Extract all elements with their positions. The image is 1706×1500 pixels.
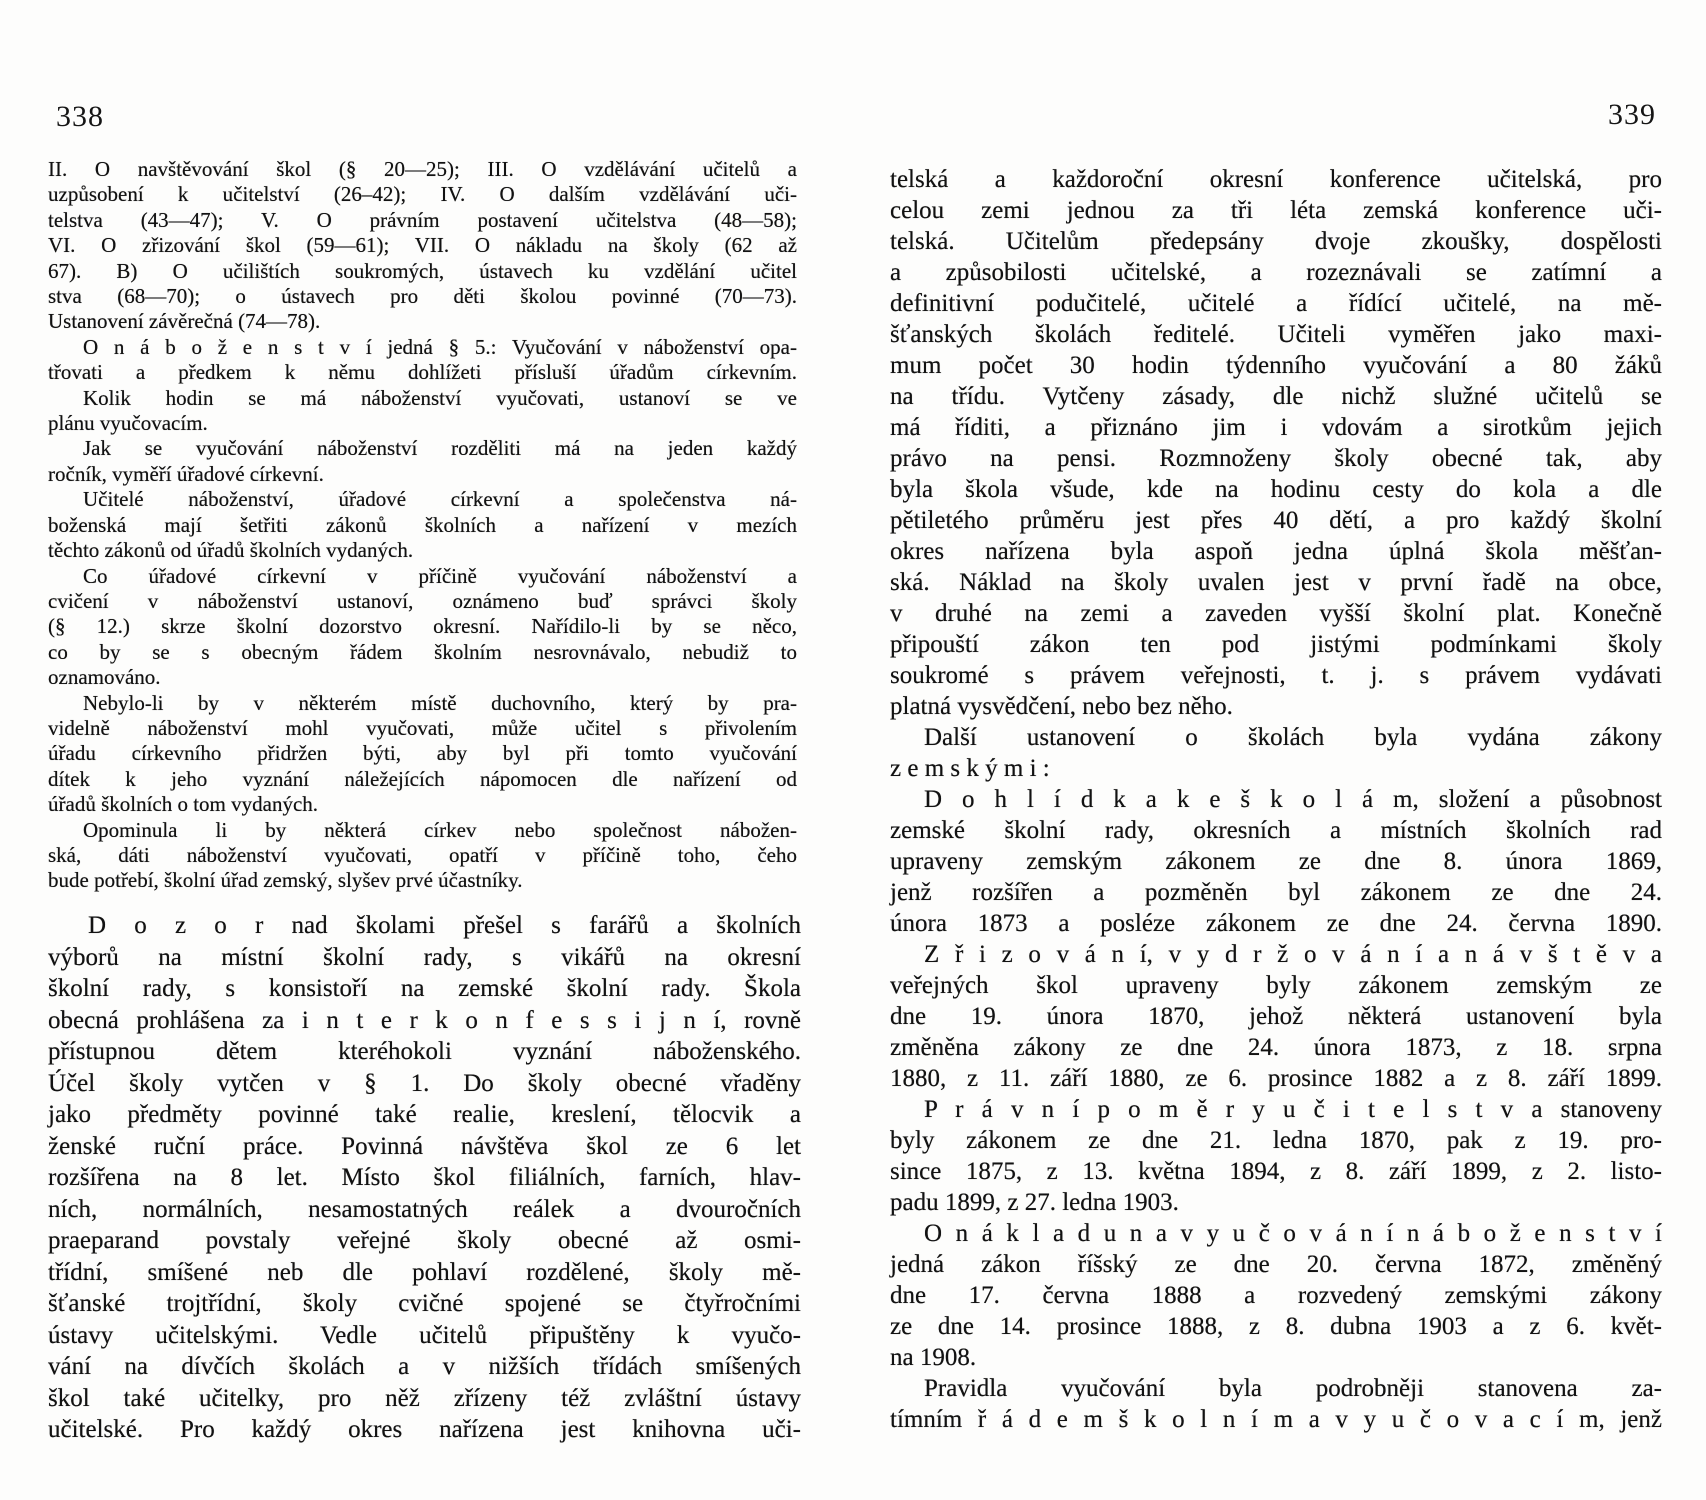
text-line: 1880, z 11. září 1880, ze 6. prosince 18…: [890, 1063, 1662, 1094]
text-line: změněna zákony ze dne 24. února 1873, z …: [890, 1032, 1662, 1063]
text-line: boženská mají šetřiti zákonů školních a …: [48, 513, 797, 538]
text-line: na třídu. Vytčeny zásady, dle nichž služ…: [890, 381, 1662, 412]
text-line: D o h l í d k a k e š k o l á m, složení…: [890, 784, 1662, 815]
text-line: bude potřebí, školní úřad zemský, slyšev…: [48, 868, 797, 893]
text-line: Opominula li by některá církev nebo spol…: [48, 818, 797, 843]
text-line: pětiletého průměru jest přes 40 dětí, a …: [890, 505, 1662, 536]
text-line: úřadů školních o tom vydaných.: [48, 792, 797, 817]
right-page-number: 339: [1608, 98, 1656, 132]
text-line: plánu vyučovacím.: [48, 411, 797, 436]
text-line: Ustanovení závěrečná (74—78).: [48, 309, 797, 334]
text-line: učitelské. Pro každý okres nařízena jest…: [48, 1414, 801, 1446]
right-page-body-text-block: telská a každoroční okresní konference u…: [890, 164, 1662, 1435]
text-line: Účel školy vytčen v § 1. Do školy obecné…: [48, 1068, 801, 1100]
text-line: rozšířena na 8 let. Místo škol filiálníc…: [48, 1162, 801, 1194]
left-page-small-print-block: II. O navštěvování škol (§ 20—25); III. …: [48, 157, 797, 894]
text-line: školní rady, s konsistoří na zemské škol…: [48, 973, 801, 1005]
text-line: dne 17. června 1888 a rozvedený zemskými…: [890, 1280, 1662, 1311]
text-line: praeparand povstaly veřejné školy obecné…: [48, 1225, 801, 1257]
text-line: února 1873 a posléze zákonem ze dne 24. …: [890, 908, 1662, 939]
text-line: výborů na místní školní rady, s vikářů n…: [48, 942, 801, 974]
text-line: vání na dívčích školách a v nižších tříd…: [48, 1351, 801, 1383]
text-line: cvičení v náboženství ustanoví, oznámeno…: [48, 589, 797, 614]
text-line: šťanských školách ředitelé. Učiteli vymě…: [890, 319, 1662, 350]
text-line: v druhé na zemi a zaveden vyšší školní p…: [890, 598, 1662, 629]
text-line: padu 1899, z 27. ledna 1903.: [890, 1187, 1662, 1218]
text-line: třovati a předkem k němu dohlížeti přísl…: [48, 360, 797, 385]
left-page-number: 338: [56, 100, 104, 134]
text-line: II. O navštěvování škol (§ 20—25); III. …: [48, 157, 797, 182]
text-line: uzpůsobení k učitelství (26–42); IV. O d…: [48, 182, 797, 207]
text-line: celou zemi jednou za tři léta zemská kon…: [890, 195, 1662, 226]
text-line: jenž rozšířen a pozměněn byl zákonem ze …: [890, 877, 1662, 908]
text-line: videlně náboženství mohl vyučovati, může…: [48, 716, 797, 741]
text-line: since 1875, z 13. května 1894, z 8. září…: [890, 1156, 1662, 1187]
text-line: přístupnou dětem kteréhokoli vyznání náb…: [48, 1036, 801, 1068]
text-line: Jak se vyučování náboženství rozděliti m…: [48, 436, 797, 461]
text-line: třídní, smíšené neb dle pohlaví rozdělen…: [48, 1257, 801, 1289]
text-line: telská. Učitelům předepsány dvoje zkoušk…: [890, 226, 1662, 257]
text-line: (§ 12.) skrze školní dozorstvo okresní. …: [48, 614, 797, 639]
text-line: byla škola všude, kde na hodinu cesty do…: [890, 474, 1662, 505]
text-line: co by se s obecným řádem školním nesrovn…: [48, 640, 797, 665]
text-line: z e m s k ý m i :: [890, 753, 1662, 784]
text-line: Z ř i z o v á n í, v y d r ž o v á n í a…: [890, 939, 1662, 970]
text-line: definitivní podučitelé, učitelé a řídící…: [890, 288, 1662, 319]
text-line: na 1908.: [890, 1342, 1662, 1373]
text-line: škol také učitelky, pro něž zřízeny též …: [48, 1383, 801, 1415]
text-line: ních, normálních, nesamostatných reálek …: [48, 1194, 801, 1226]
text-line: O n á k l a d u n a v y u č o v á n í n …: [890, 1218, 1662, 1249]
text-line: ženské ruční práce. Povinná návštěva ško…: [48, 1131, 801, 1163]
text-line: úřadu církevního přidržen býti, aby byl …: [48, 741, 797, 766]
text-line: dítek k jeho vyznání náležejících nápomo…: [48, 767, 797, 792]
text-line: upraveny zemským zákonem ze dne 8. února…: [890, 846, 1662, 877]
text-line: oznamováno.: [48, 665, 797, 690]
text-line: ústavy učitelskými. Vedle učitelů připuš…: [48, 1320, 801, 1352]
text-line: a způsobilosti učitelské, a rozeznávali …: [890, 257, 1662, 288]
text-line: D o z o r nad školami přešel s farářů a …: [48, 910, 801, 942]
text-line: ská. Náklad na školy uvalen jest v první…: [890, 567, 1662, 598]
left-page-body-text-block: D o z o r nad školami přešel s farářů a …: [48, 910, 801, 1446]
text-line: Další ustanovení o školách byla vydána z…: [890, 722, 1662, 753]
text-line: ská, dáti náboženství vyučovati, opatří …: [48, 843, 797, 868]
text-line: veřejných škol upraveny byly zákonem zem…: [890, 970, 1662, 1001]
text-line: okres nařízena byla aspoň jedna úplná šk…: [890, 536, 1662, 567]
text-line: Co úřadové církevní v příčině vyučování …: [48, 564, 797, 589]
text-line: ročník, vyměří úřadové církevní.: [48, 462, 797, 487]
text-line: zemské školní rady, okresních a místních…: [890, 815, 1662, 846]
text-line: Nebylo-li by v některém místě duchovního…: [48, 691, 797, 716]
text-line: Učitelé náboženství, úřadové církevní a …: [48, 487, 797, 512]
book-spread: 338 339 II. O navštěvování škol (§ 20—25…: [0, 0, 1706, 1500]
text-line: telská a každoroční okresní konference u…: [890, 164, 1662, 195]
text-line: dne 19. února 1870, jehož některá ustano…: [890, 1001, 1662, 1032]
text-line: platná vysvědčení, nebo bez něho.: [890, 691, 1662, 722]
text-line: těchto zákonů od úřadů školních vydaných…: [48, 538, 797, 563]
text-line: VI. O zřizování škol (59—61); VII. O nák…: [48, 233, 797, 258]
text-line: telstva (43—47); V. O právním postavení …: [48, 208, 797, 233]
text-line: Pravidla vyučování byla podrobněji stano…: [890, 1373, 1662, 1404]
text-line: jako předměty povinné také realie, kresl…: [48, 1099, 801, 1131]
text-line: Kolik hodin se má náboženství vyučovati,…: [48, 386, 797, 411]
text-line: šťanské trojtřídní, školy cvičné spojené…: [48, 1288, 801, 1320]
text-line: mum počet 30 hodin týdenního vyučování a…: [890, 350, 1662, 381]
text-line: ze dne 14. prosince 1888, z 8. dubna 190…: [890, 1311, 1662, 1342]
text-line: 67). B) O učilištích soukromých, ústavec…: [48, 259, 797, 284]
text-line: O n á b o ž e n s t v í jedná § 5.: Vyuč…: [48, 335, 797, 360]
text-line: byly zákonem ze dne 21. ledna 1870, pak …: [890, 1125, 1662, 1156]
text-line: soukromé s právem veřejnosti, t. j. s pr…: [890, 660, 1662, 691]
text-line: jedná zákon říšský ze dne 20. června 187…: [890, 1249, 1662, 1280]
text-line: připouští zákon ten pod jistými podmínka…: [890, 629, 1662, 660]
text-line: má říditi, a přiznáno jim i vdovám a sir…: [890, 412, 1662, 443]
text-line: stva (68—70); o ústavech pro děti školou…: [48, 284, 797, 309]
text-line: obecná prohlášena za i n t e r k o n f e…: [48, 1005, 801, 1037]
text-line: právo na pensi. Rozmnoženy školy obecné …: [890, 443, 1662, 474]
text-line: tímním ř á d e m š k o l n í m a v y u č…: [890, 1404, 1662, 1435]
text-line: P r á v n í p o m ě r y u č i t e l s t …: [890, 1094, 1662, 1125]
